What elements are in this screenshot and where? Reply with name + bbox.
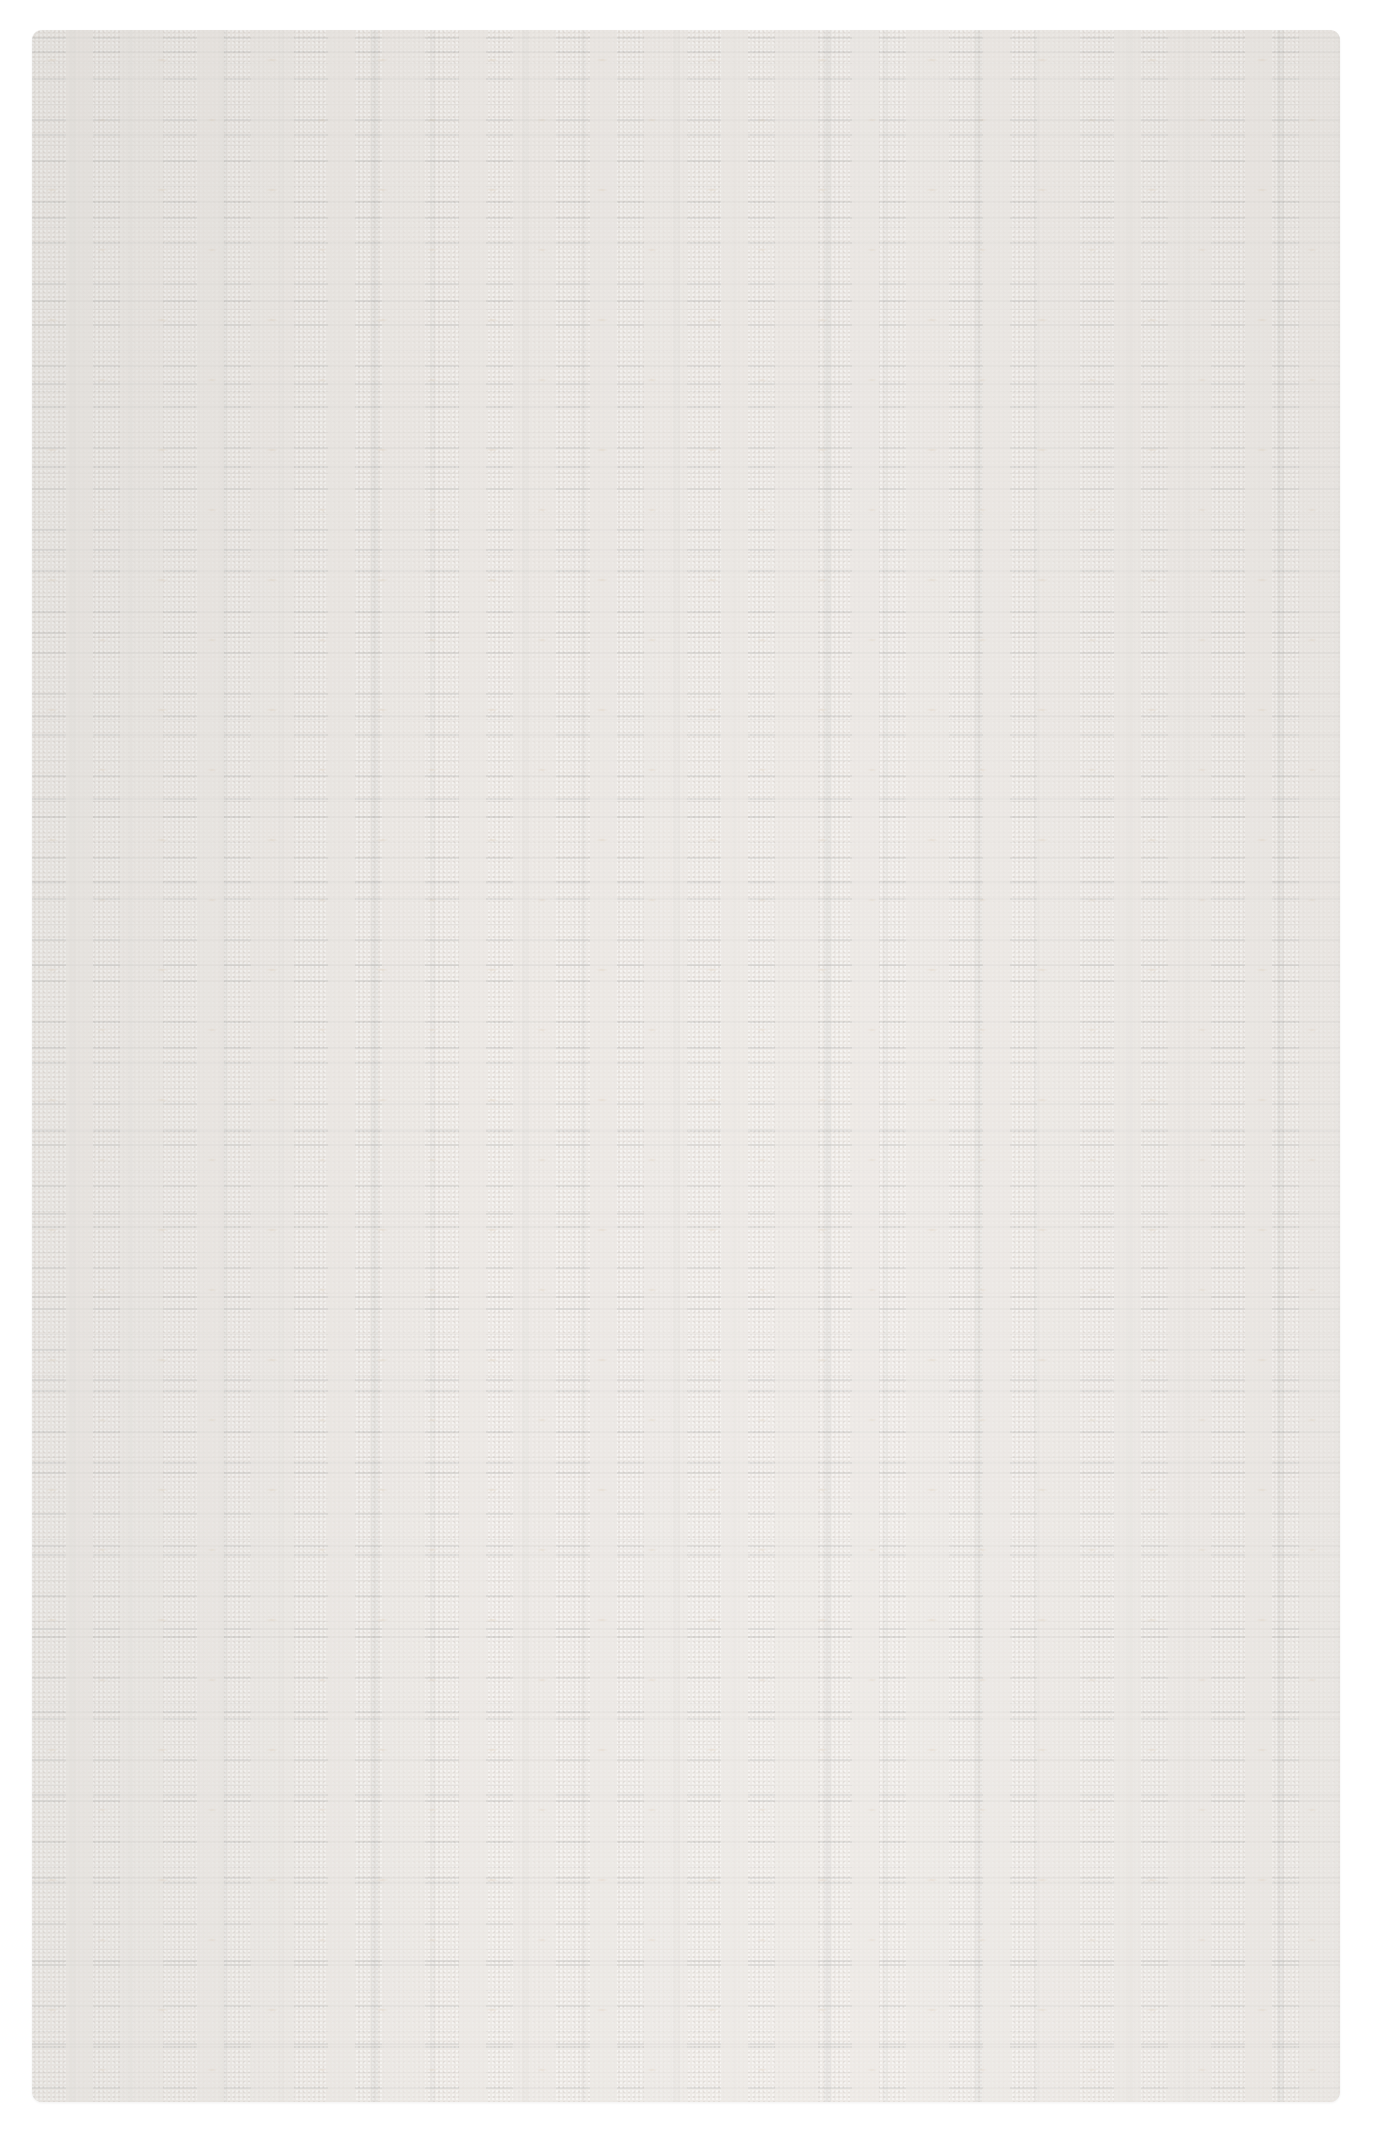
rug-product-image (32, 30, 1340, 2102)
rug-tonal-variation (32, 30, 1340, 2102)
